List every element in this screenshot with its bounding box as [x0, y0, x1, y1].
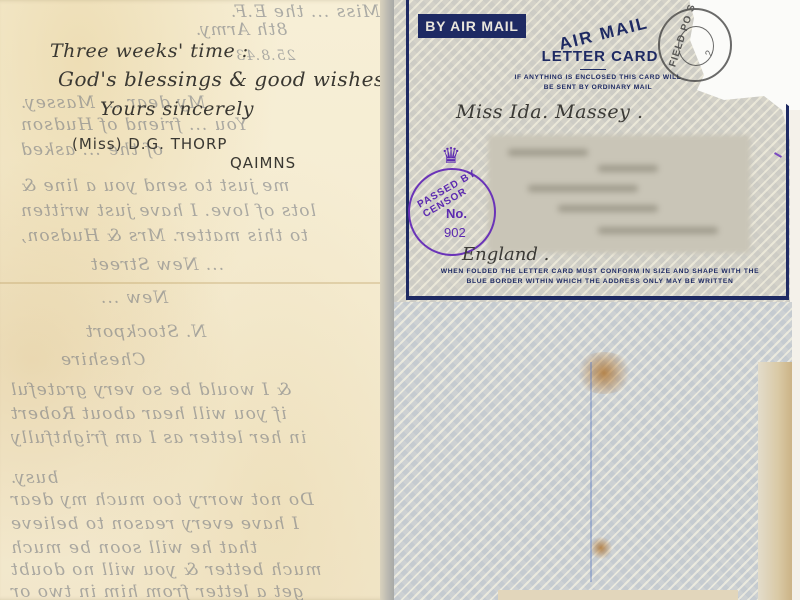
bleed-text-line: ... New Street	[90, 255, 224, 275]
censor-number: 902	[444, 225, 466, 240]
bleed-text-line: 8th Army.	[195, 20, 287, 40]
air-mail-heading: AIR MAIL	[544, 14, 664, 50]
pencil-line	[590, 362, 592, 582]
stain-mark	[574, 352, 634, 394]
bleed-text-line: that he will soon be much	[10, 538, 257, 558]
bleed-text-line: I have every reason to believe	[10, 514, 299, 534]
bleed-text-line: busy.	[10, 468, 58, 488]
censor-no-label: No.	[446, 206, 467, 221]
bleed-text-line: to this matter. Mrs & Hudson,	[20, 226, 308, 246]
bleed-text-line: if you will hear about Robert	[10, 404, 287, 424]
bleed-text-line: & I would be so very grateful	[10, 380, 291, 400]
bleed-text-line: Miss ... the E.F.	[230, 2, 380, 22]
letter-closing-line: God's blessings & good wishes	[58, 67, 385, 91]
bleed-text-line: Do not worry too much my dear	[10, 490, 314, 510]
letter-closing-line: Three weeks' time :	[50, 40, 249, 62]
address-country: England .	[462, 244, 549, 265]
bleed-text-line: N. Stockport	[85, 322, 206, 342]
by-air-mail-label: BY AIR MAIL	[418, 14, 526, 38]
bleed-text-line: New ...	[100, 288, 168, 308]
bleed-text-line: me just to send you a line &	[20, 176, 289, 196]
crown-icon: ♛	[438, 144, 464, 168]
bleed-text-line: lots of love. I have just written	[20, 201, 316, 221]
paper-fold-line	[0, 282, 392, 284]
folding-notice: WHEN FOLDED THE LETTER CARD MUST CONFORM…	[430, 267, 770, 287]
stain-mark	[590, 536, 612, 560]
redacted-address-block	[488, 135, 750, 253]
card-edge	[380, 0, 394, 600]
letter-signature: (Miss) D.G. THORP	[72, 135, 227, 153]
letter-signoff: Yours sincerely	[100, 98, 254, 120]
bleed-text-line: get a letter from him in two or	[10, 582, 304, 600]
handwritten-letter-page: Miss ... the E.F. 8th Army. 25.8.43 My d…	[0, 0, 392, 600]
field-post-office-postmark: FIELD PO S 2	[658, 8, 732, 82]
heading-rule	[580, 69, 606, 70]
letter-card-heading: LETTER CARD	[532, 48, 668, 65]
card-back-panel	[394, 302, 792, 600]
addressee-name: Miss Ida. Massey .	[456, 101, 644, 123]
bleed-text-line: much better & you will no doubt	[10, 560, 322, 580]
card-flap-edge	[758, 362, 792, 600]
bleed-text-line: in her letter as I am frightfully	[10, 428, 306, 448]
card-bottom-strip	[498, 590, 738, 600]
enclosure-notice: IF ANYTHING IS ENCLOSED THIS CARD WILL B…	[512, 73, 684, 92]
bleed-text-line: Cheshire	[60, 350, 145, 370]
censor-stamp: PASSED BY CENSOR No. 902	[408, 168, 496, 256]
letter-signature-rank: QAIMNS	[230, 154, 296, 172]
air-mail-letter-card: BY AIR MAIL AIR MAIL LETTER CARD IF ANYT…	[394, 0, 800, 600]
